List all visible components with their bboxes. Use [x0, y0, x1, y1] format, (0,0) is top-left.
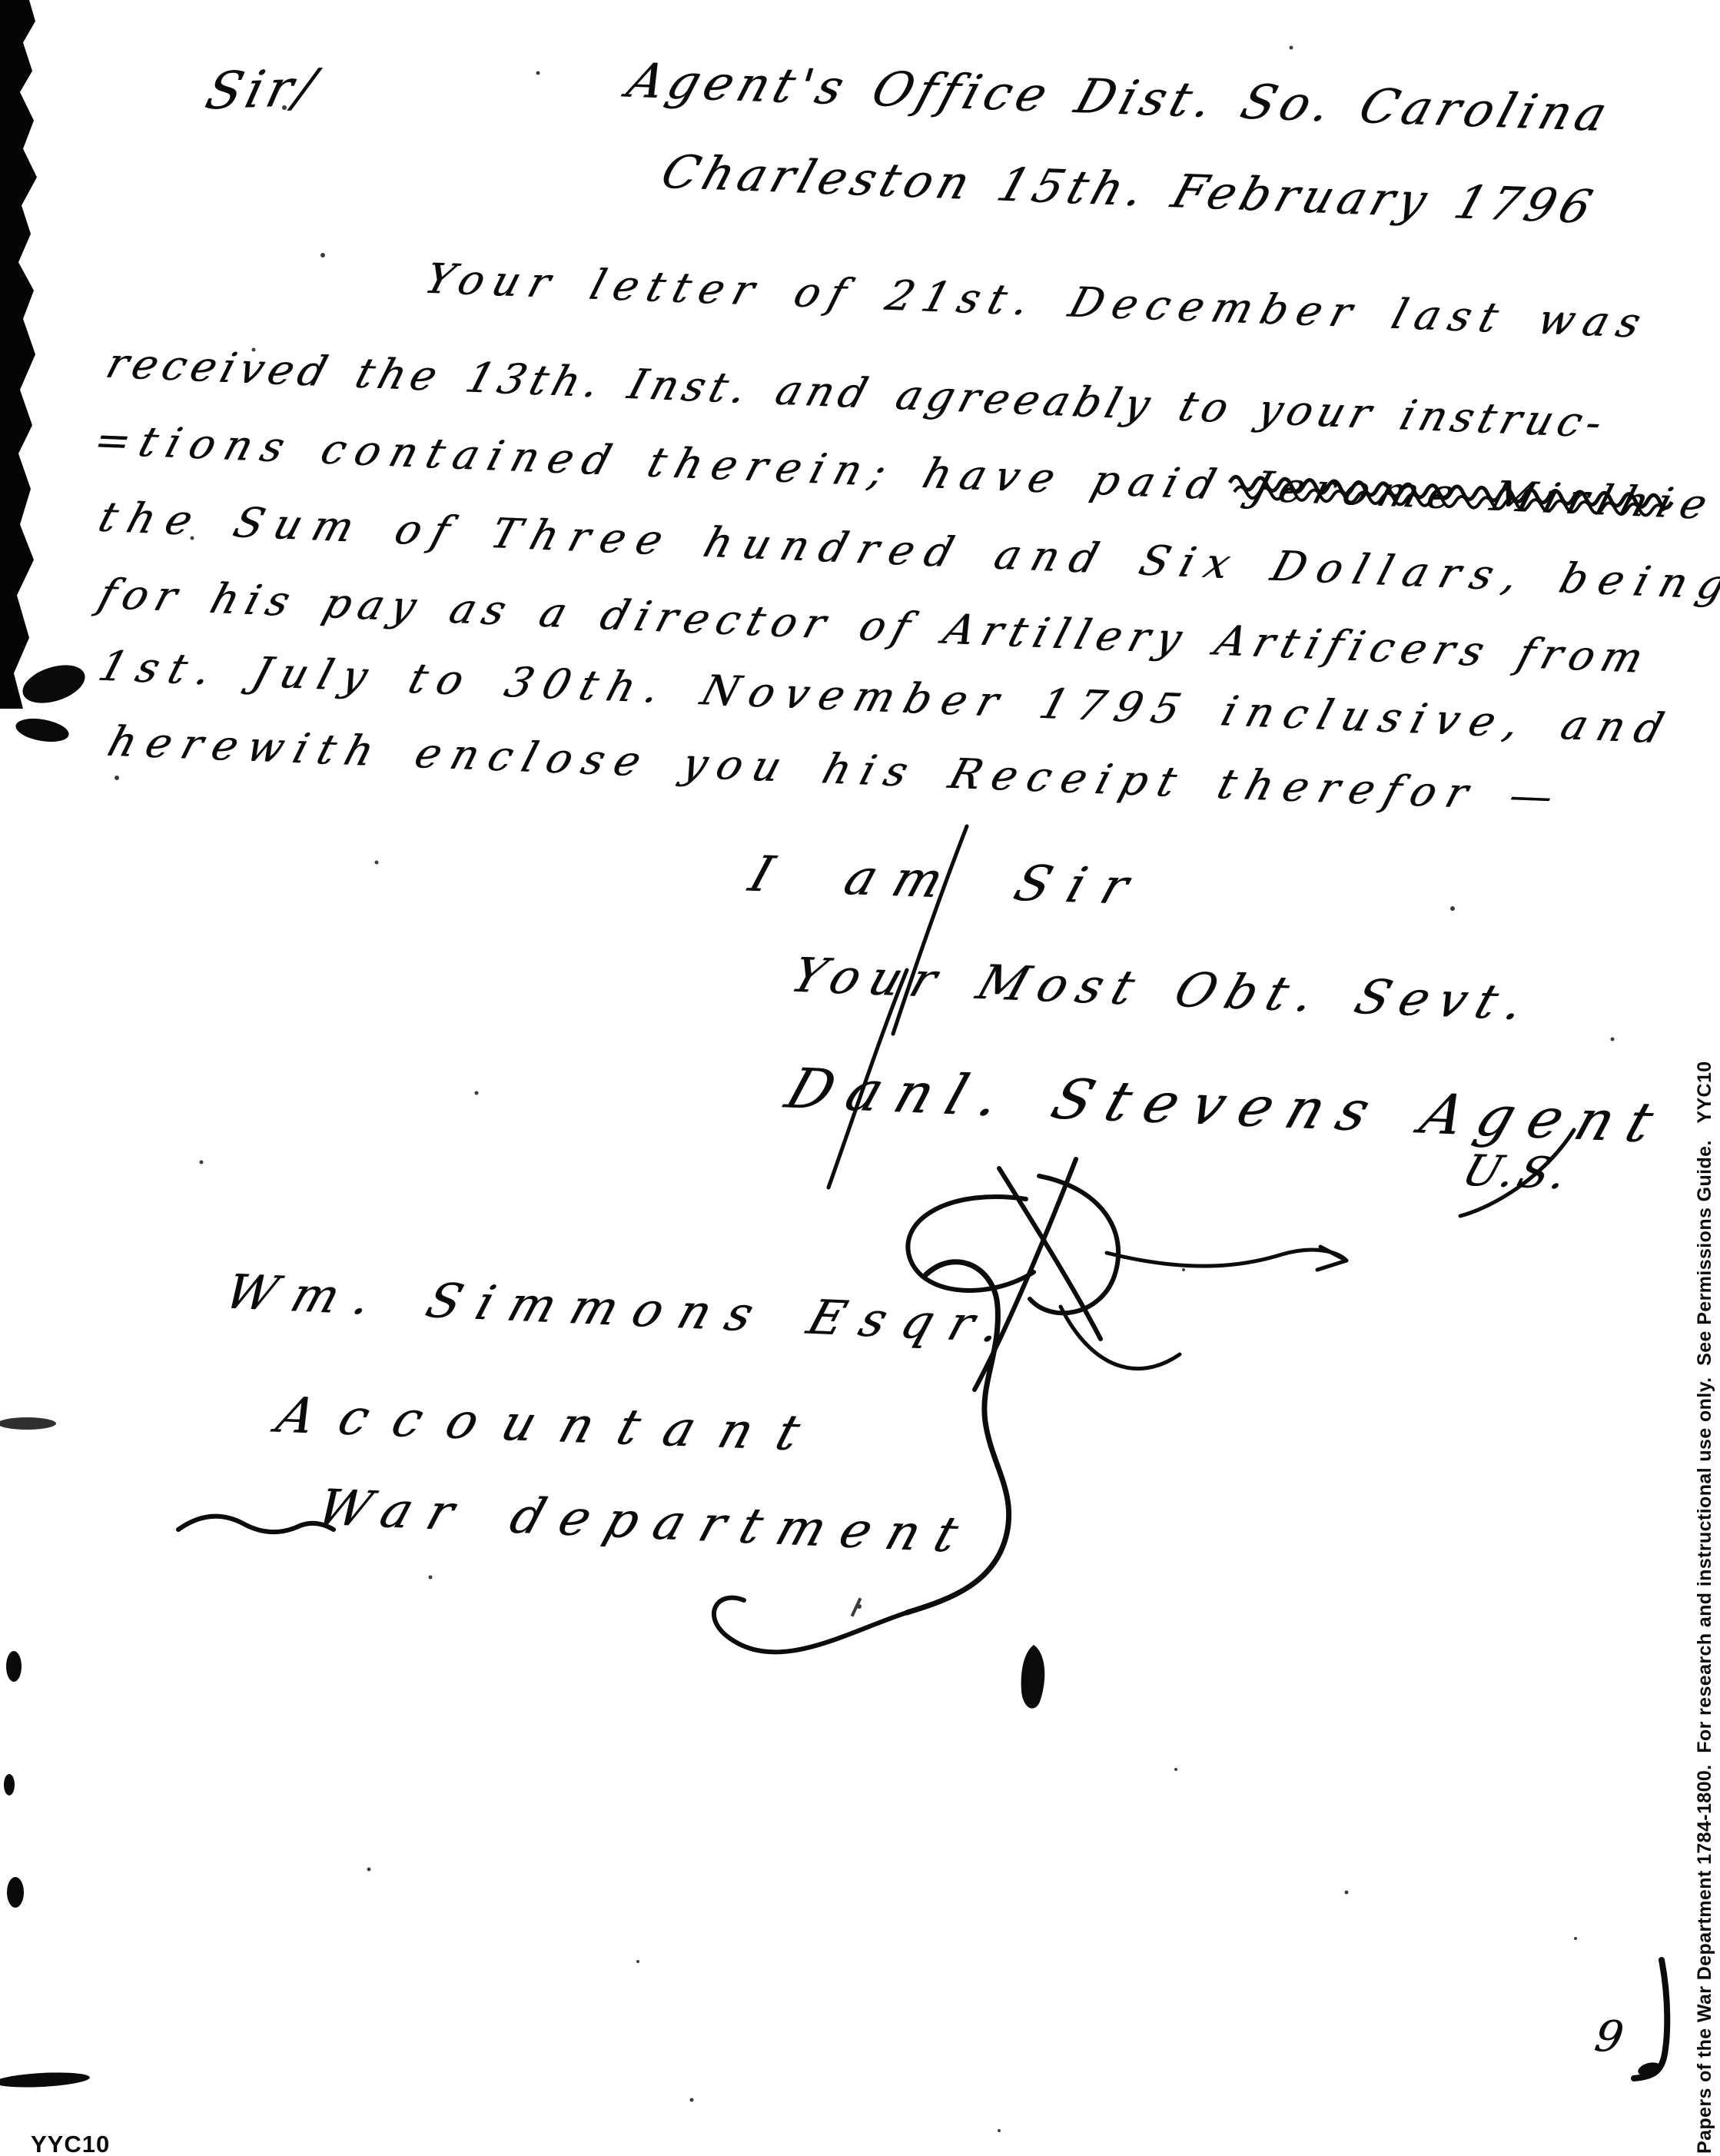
salutation: Sir/ — [201, 62, 324, 118]
corner-fold-mark — [1634, 1960, 1667, 2078]
scan-edge-artifact — [0, 0, 38, 709]
closing-valediction: Your Most Obt. Sevt. — [785, 952, 1540, 1027]
ink-blot — [1021, 1645, 1045, 1709]
signature-org: U.S. — [1457, 1150, 1577, 1196]
edge-blobs — [0, 658, 90, 2089]
signature-flourish — [908, 1159, 1346, 1390]
signature: Danl. Stevens Agent — [779, 1061, 1675, 1151]
scanned-letter-page: Sir/ Agent's Office Dist. So. Carolina C… — [0, 0, 1720, 2156]
recipient-department: War department — [311, 1483, 980, 1560]
archive-corner-code: YYC10 — [31, 2131, 110, 2156]
page-number: 9 — [1592, 2015, 1625, 2059]
dateline-place-date: Charleston 15th. February 1796 — [656, 149, 1602, 231]
recipient-name: Wm. Simmons Esqr. — [220, 1268, 1024, 1350]
recipient-title: Accountant — [271, 1391, 832, 1459]
body-line: Your letter of 21st. December last was — [420, 258, 1655, 344]
closing-intro: I am Sir — [743, 850, 1152, 912]
dateline-office: Agent's Office Dist. So. Carolina — [622, 57, 1617, 138]
war-dept-swash — [178, 1517, 334, 1532]
sidebar-provenance-text: Papers of the War Department 1784-1800. … — [1694, 1061, 1716, 2154]
